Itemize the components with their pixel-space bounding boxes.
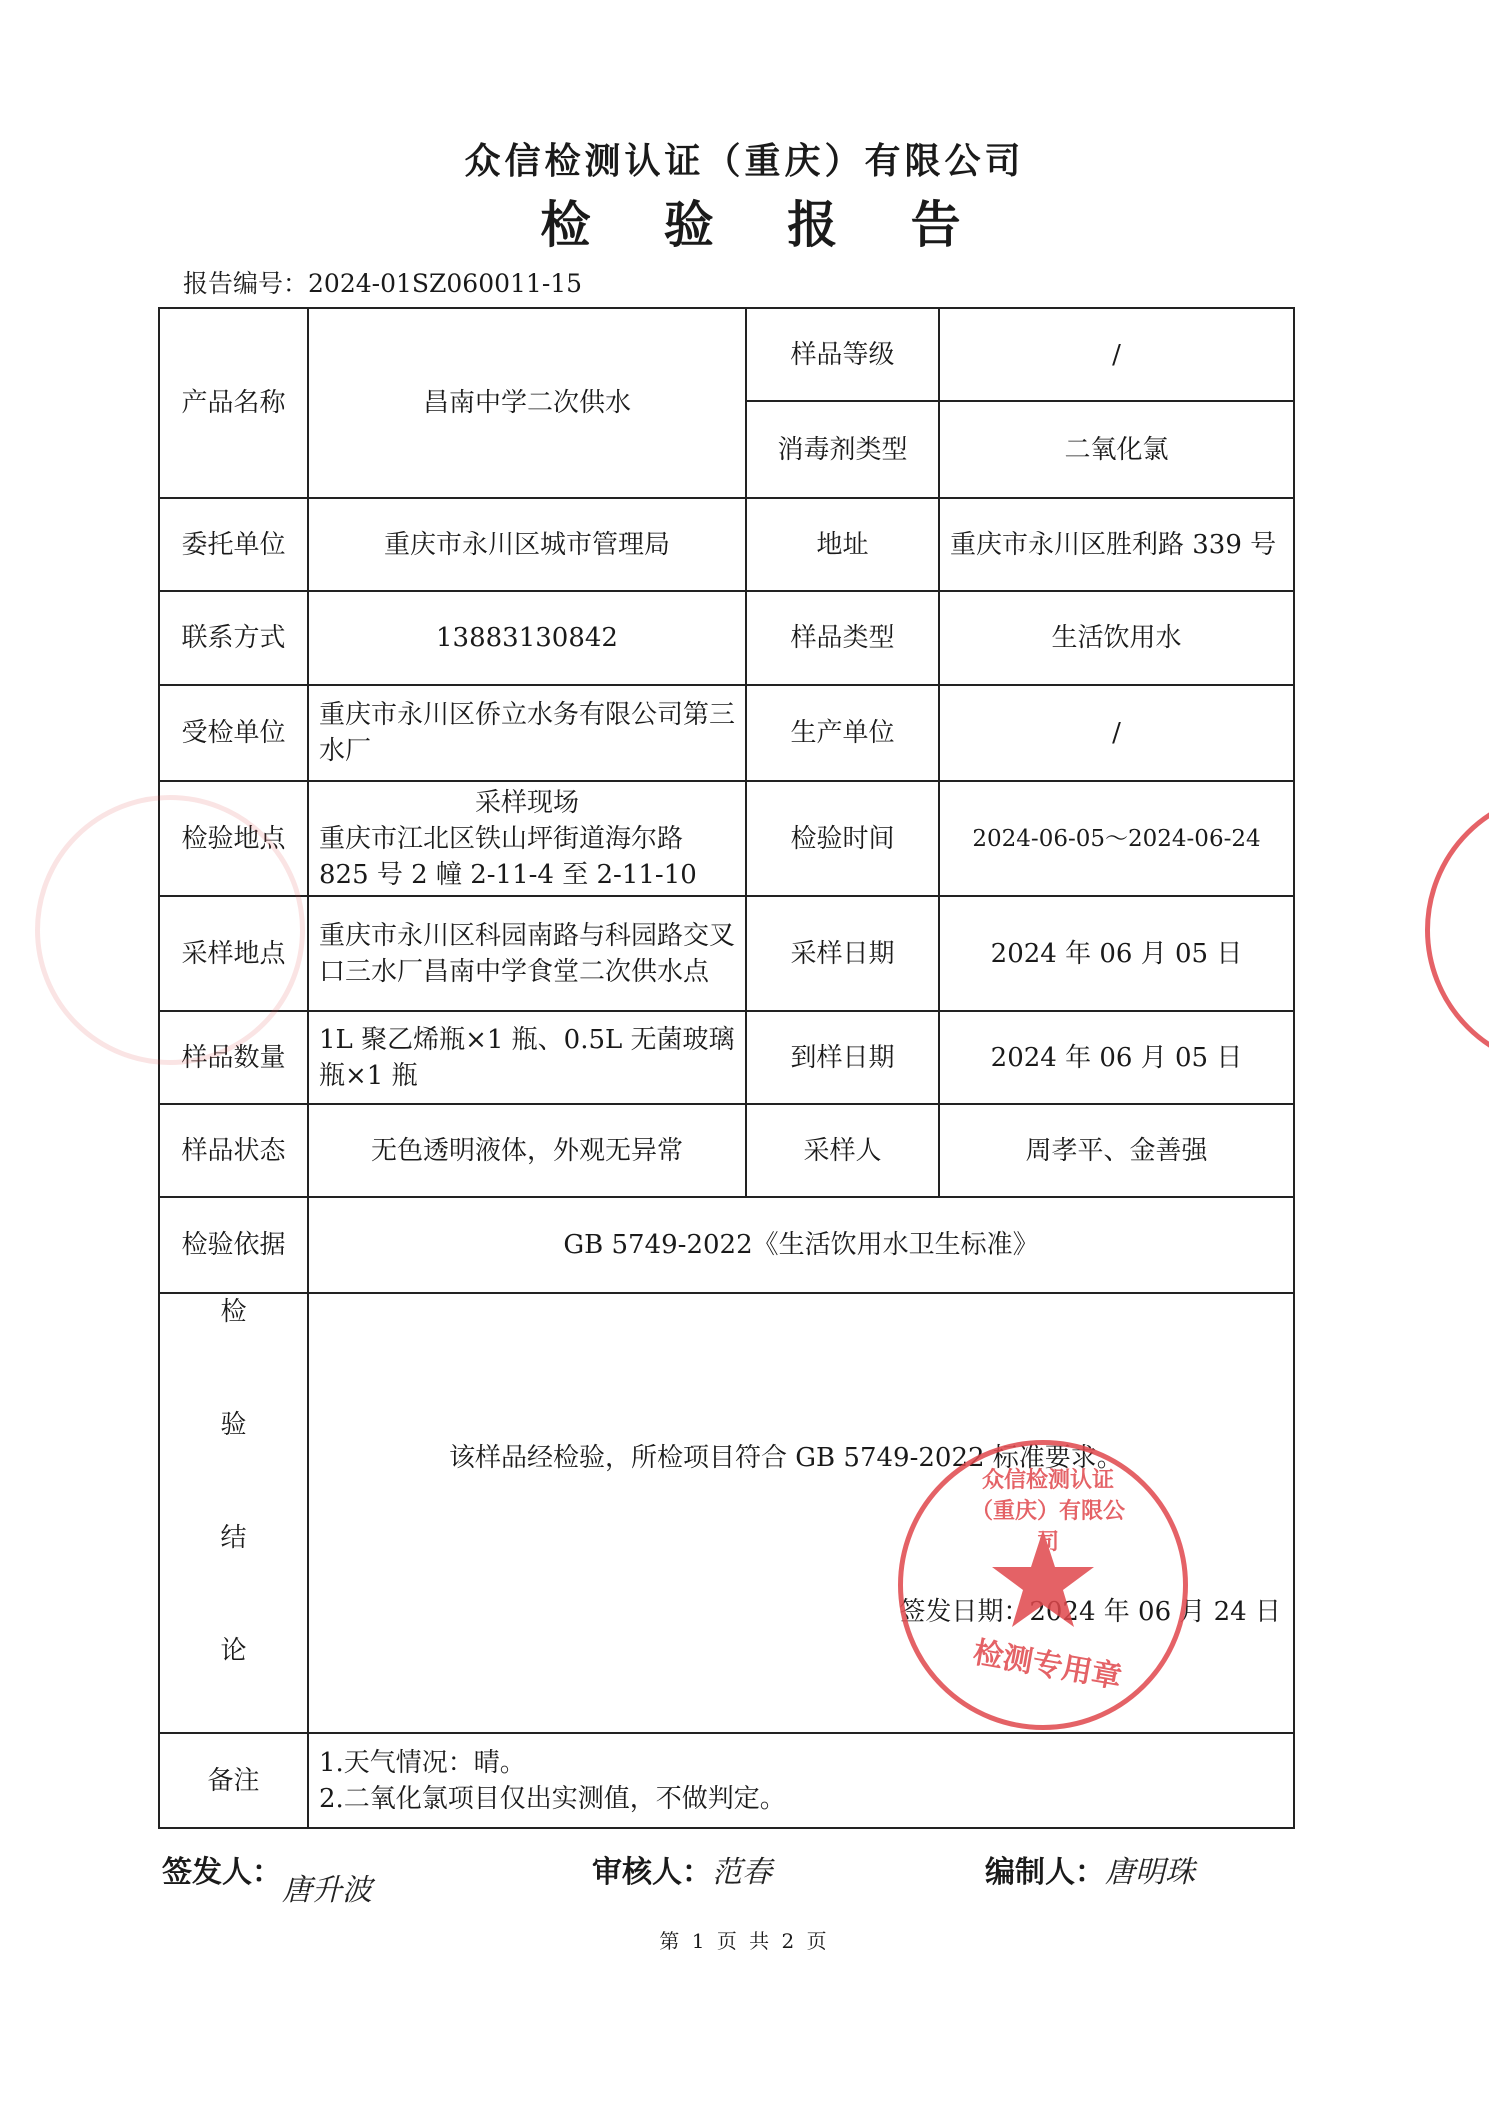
value-sampling-date: 2024 年 06 月 05 日 xyxy=(939,896,1294,1011)
conclusion-char-2: 验 xyxy=(170,1407,297,1520)
label-arrival-date: 到样日期 xyxy=(746,1011,939,1104)
faint-stamp-left xyxy=(35,795,305,1065)
compiler-handwriting: 唐明珠 xyxy=(1105,1855,1195,1890)
label-product-name: 产品名称 xyxy=(159,308,308,498)
value-contact: 13883130842 xyxy=(308,591,746,685)
value-arrival-date: 2024 年 06 月 05 日 xyxy=(939,1011,1294,1104)
value-sampling-site: 重庆市永川区科园南路与科园路交叉口三水厂昌南中学食堂二次供水点 xyxy=(308,896,746,1011)
value-disinfectant: 二氧化氯 xyxy=(939,401,1294,498)
reviewer-handwriting: 范春 xyxy=(712,1855,772,1890)
value-manufacturer: / xyxy=(939,685,1294,781)
value-test-time: 2024-06-05～2024-06-24 xyxy=(939,781,1294,896)
label-client: 委托单位 xyxy=(159,498,308,591)
value-sample-grade: / xyxy=(939,308,1294,401)
report-number-label: 报告编号： xyxy=(183,269,308,298)
stamp-ring-text: 众信检测认证（重庆）有限公司 xyxy=(963,1463,1133,1556)
reviewer-signature: 审核人：范春 xyxy=(592,1847,772,1891)
remark-line-1: 1.天气情况：晴。 xyxy=(319,1745,1283,1781)
test-location-line2: 重庆市江北区铁山坪街道海尔路 825 号 2 幢 2-11-4 至 2-11-1… xyxy=(319,821,735,893)
seam-stamp-right xyxy=(1425,790,1489,1070)
label-basis: 检验依据 xyxy=(159,1197,308,1293)
label-remarks: 备注 xyxy=(159,1733,308,1828)
value-sample-state: 无色透明液体，外观无异常 xyxy=(308,1104,746,1197)
issuer-label: 签发人： xyxy=(162,1855,282,1890)
page-number: 第 1 页 共 2 页 xyxy=(0,1925,1489,1954)
value-inspected-unit: 重庆市永川区侨立水务有限公司第三水厂 xyxy=(308,685,746,781)
value-client: 重庆市永川区城市管理局 xyxy=(308,498,746,591)
compiler-signature: 编制人：唐明珠 xyxy=(985,1847,1195,1891)
value-test-location: 采样现场 重庆市江北区铁山坪街道海尔路 825 号 2 幢 2-11-4 至 2… xyxy=(308,781,746,896)
value-basis: GB 5749-2022《生活饮用水卫生标准》 xyxy=(308,1197,1294,1293)
remark-line-2: 2.二氧化氯项目仅出实测值，不做判定。 xyxy=(319,1781,1283,1817)
conclusion-char-4: 论 xyxy=(170,1633,297,1669)
label-manufacturer: 生产单位 xyxy=(746,685,939,781)
report-number-value: 2024-01SZ060011-15 xyxy=(308,269,582,298)
value-sample-type: 生活饮用水 xyxy=(939,591,1294,685)
company-name: 众信检测认证（重庆）有限公司 xyxy=(0,133,1489,184)
label-sample-type: 样品类型 xyxy=(746,591,939,685)
issuer-handwriting: 唐升波 xyxy=(282,1873,372,1908)
issuer-signature: 签发人：唐升波 xyxy=(162,1847,372,1891)
conclusion-char-1: 检 xyxy=(170,1294,297,1407)
label-sample-state: 样品状态 xyxy=(159,1104,308,1197)
label-disinfectant: 消毒剂类型 xyxy=(746,401,939,498)
label-inspected-unit: 受检单位 xyxy=(159,685,308,781)
label-conclusion: 检 验 结 论 xyxy=(159,1293,308,1733)
conclusion-char-3: 结 xyxy=(170,1520,297,1633)
official-stamp: 众信检测认证（重庆）有限公司 检测专用章 xyxy=(898,1440,1188,1730)
value-sample-qty: 1L 聚乙烯瓶×1 瓶、0.5L 无菌玻璃瓶×1 瓶 xyxy=(308,1011,746,1104)
label-address: 地址 xyxy=(746,498,939,591)
report-title: 检 验 报 告 xyxy=(0,185,1489,257)
report-number: 报告编号：2024-01SZ060011-15 xyxy=(183,264,582,300)
label-sampling-date: 采样日期 xyxy=(746,896,939,1011)
test-location-line1: 采样现场 xyxy=(319,785,735,821)
reviewer-label: 审核人： xyxy=(592,1855,712,1890)
label-sampler: 采样人 xyxy=(746,1104,939,1197)
remarks-cell: 1.天气情况：晴。 2.二氧化氯项目仅出实测值，不做判定。 xyxy=(308,1733,1294,1828)
value-sampler: 周孝平、金善强 xyxy=(939,1104,1294,1197)
label-sample-grade: 样品等级 xyxy=(746,308,939,401)
label-contact: 联系方式 xyxy=(159,591,308,685)
value-product-name: 昌南中学二次供水 xyxy=(308,308,746,498)
label-test-time: 检验时间 xyxy=(746,781,939,896)
compiler-label: 编制人： xyxy=(985,1855,1105,1890)
value-address: 重庆市永川区胜利路 339 号 xyxy=(939,498,1294,591)
